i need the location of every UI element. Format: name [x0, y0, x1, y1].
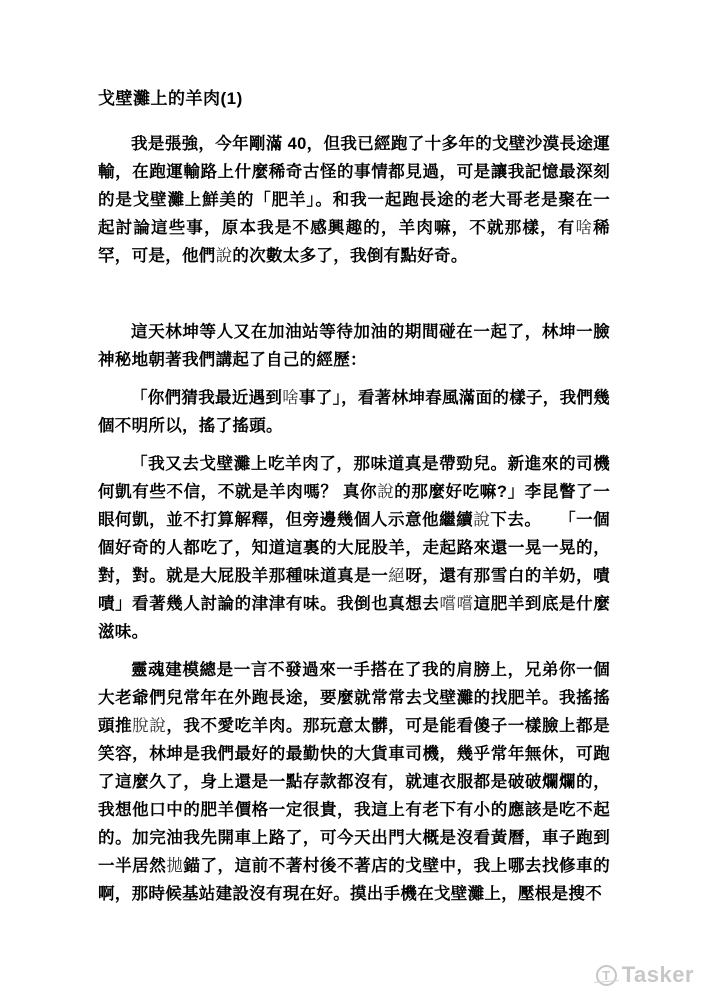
light-font-glyph: 說	[377, 483, 394, 501]
text-segment: ，我不愛吃羊肉。那玩意太髒，可是能看傻子一樣臉上都是笑容，林坤是我們最好的最勤快…	[98, 717, 610, 875]
text-segment: 的次數太多了，我倒有點好奇。	[232, 247, 467, 265]
tasker-logo-icon: T	[596, 965, 617, 986]
light-font-glyph: 說	[216, 247, 233, 265]
watermark: T Tasker	[596, 962, 694, 988]
light-font-glyph: 拋	[166, 857, 183, 875]
light-font-glyph: 嚐嚐	[440, 595, 474, 613]
blank-line	[98, 280, 610, 308]
light-font-glyph: 啥	[282, 389, 299, 407]
light-font-glyph: 說	[473, 511, 490, 529]
text-segment: 我是張強，今年剛滿 40，但我已經跑了十多年的戈壁沙漠長途運輸，在跑運輸路上什麼…	[98, 135, 610, 237]
paragraph: 這天林坤等人又在加油站等待加油的期間碰在一起了，林坤一臉神秘地朝著我們講起了自己…	[98, 318, 610, 374]
document-title: 戈壁灘上的羊肉(1)	[98, 88, 610, 110]
paragraph: 「你們猜我最近遇到啥事了」，看著林坤春風滿面的樣子，我們幾個不明所以，搖了搖頭。	[98, 384, 610, 440]
document: 戈壁灘上的羊肉(1) 我是張強，今年剛滿 40，但我已經跑了十多年的戈壁沙漠長途…	[98, 88, 610, 918]
paragraph: 「我又去戈壁灘上吃羊肉了，那味道真是帶勁兒。新進來的司機何凱有些不信，不就是羊肉…	[98, 450, 610, 646]
document-body: 我是張強，今年剛滿 40，但我已經跑了十多年的戈壁沙漠長途運輸，在跑運輸路上什麼…	[98, 130, 610, 908]
light-font-glyph: 脫說	[132, 717, 166, 735]
light-font-glyph: 絕	[388, 567, 405, 585]
watermark-text: Tasker	[622, 962, 694, 988]
text-segment: 「你們猜我最近遇到	[131, 389, 282, 407]
page: { "document": { "title": "戈壁灘上的羊肉(1)", "…	[0, 0, 706, 1000]
text-segment: 這天林坤等人又在加油站等待加油的期間碰在一起了，林坤一臉神秘地朝著我們講起了自己…	[98, 323, 610, 369]
paragraph: 靈魂建模總是一言不發過來一手搭在了我的肩膀上，兄弟你一個大老爺們兒常年在外跑長途…	[98, 656, 610, 908]
light-font-glyph: 啥	[575, 219, 593, 237]
paragraph: 我是張強，今年剛滿 40，但我已經跑了十多年的戈壁沙漠長途運輸，在跑運輸路上什麼…	[98, 130, 610, 270]
